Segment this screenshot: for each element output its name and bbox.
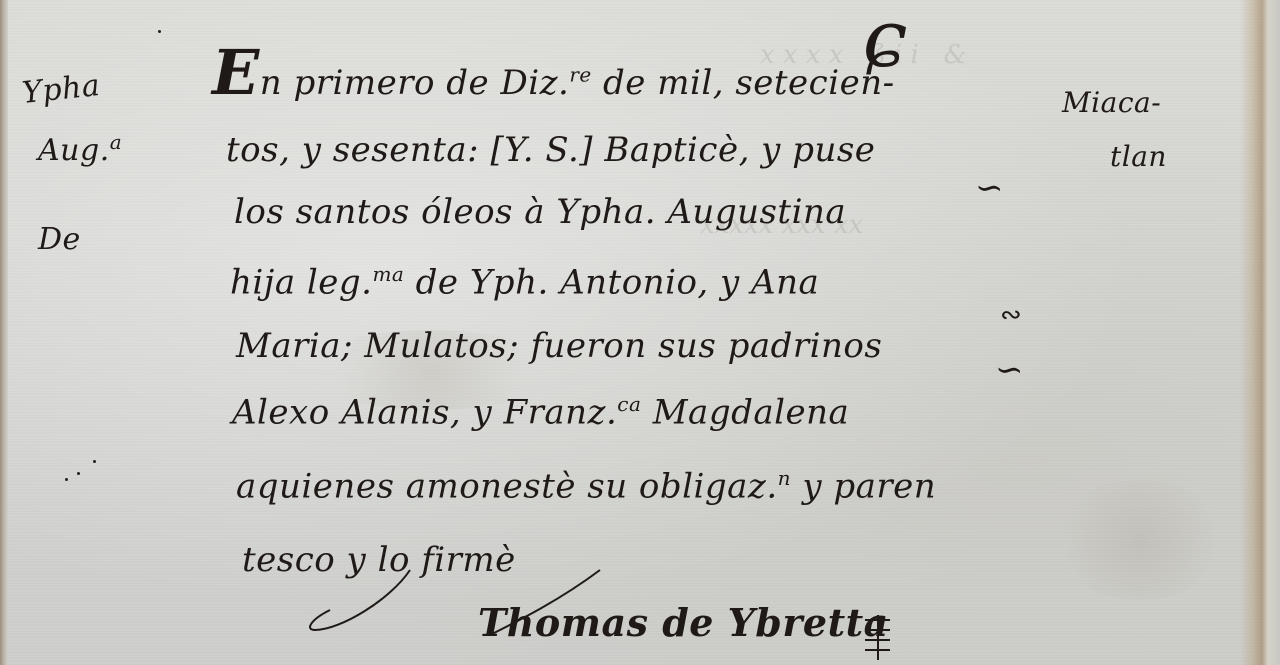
line-text: Maria; Mulatos; fueron sus padrinos <box>236 326 882 366</box>
margin-note-line: Ypha <box>20 68 101 111</box>
line-end-flourish-icon: ∽ <box>975 168 1004 208</box>
record-line-5: Maria; Mulatos; fueron sus padrinos <box>236 326 882 366</box>
paper-stain <box>1050 480 1230 600</box>
manuscript-page: x x x x ß i i & xxxxx xxx xx Ypha Aug.a … <box>0 0 1280 665</box>
signature-name: Thomas de Ybretta <box>478 600 889 645</box>
line-text-tail: y paren <box>791 466 936 506</box>
line-end-flourish-icon: ∾ <box>1000 300 1022 330</box>
line-text-tail: Magdalena <box>641 392 849 432</box>
margin-note-line: De <box>38 222 81 257</box>
line-text: los santos óleos à Ypha. Augustina <box>234 192 846 232</box>
margin-note-superscript: a <box>110 130 122 154</box>
margin-note-line: Miaca- <box>1062 86 1161 119</box>
record-line-7: aquienes amonestè su obligaz.n y paren <box>236 466 936 506</box>
line-end-flourish-icon: ∽ <box>995 350 1024 390</box>
superscript: ca <box>617 392 641 416</box>
margin-note-line: tlan <box>1110 140 1167 173</box>
ink-speck <box>158 30 161 33</box>
line-text: hija leg. <box>230 262 372 302</box>
superscript: re <box>569 63 591 87</box>
ink-speck <box>65 478 68 481</box>
record-line-6: Alexo Alanis, y Franz.ca Magdalena <box>232 392 849 432</box>
record-line-2: tos, y sesenta: [Y. S.] Bapticè, y puse <box>226 130 875 170</box>
line-text-tail: de Yph. Antonio, y Ana <box>404 262 819 302</box>
superscript: ma <box>372 262 404 286</box>
margin-note-de: De <box>38 222 81 257</box>
margin-note-place: Miaca- <box>1062 86 1161 119</box>
margin-note-line: Aug. <box>38 133 110 168</box>
page-left-edge <box>0 0 8 665</box>
margin-note-name: Aug.a <box>38 130 122 168</box>
line-text: tos, y sesenta: [Y. S.] Bapticè, y puse <box>226 130 875 170</box>
signature-rubric-icon <box>860 615 900 665</box>
record-line-3: los santos óleos à Ypha. Augustina <box>234 192 846 232</box>
superscript: n <box>778 466 791 490</box>
record-line-1: En primero de Diz.re de mil, setecien- <box>212 36 895 109</box>
line-text: aquienes amonestè su obligaz. <box>236 466 778 506</box>
line-text-tail: de mil, setecien- <box>592 63 895 103</box>
margin-note-place: tlan <box>1110 140 1167 173</box>
ink-speck <box>93 460 96 463</box>
signature: Thomas de Ybretta <box>478 600 889 645</box>
ink-speck <box>77 472 80 475</box>
page-right-edge <box>1240 0 1280 665</box>
record-line-4: hija leg.ma de Yph. Antonio, y Ana <box>230 262 819 302</box>
margin-note-name: Ypha <box>20 68 101 111</box>
line-text: n primero de Diz. <box>260 63 570 103</box>
drop-cap: E <box>212 36 260 109</box>
line-text: Alexo Alanis, y Franz. <box>232 392 617 432</box>
